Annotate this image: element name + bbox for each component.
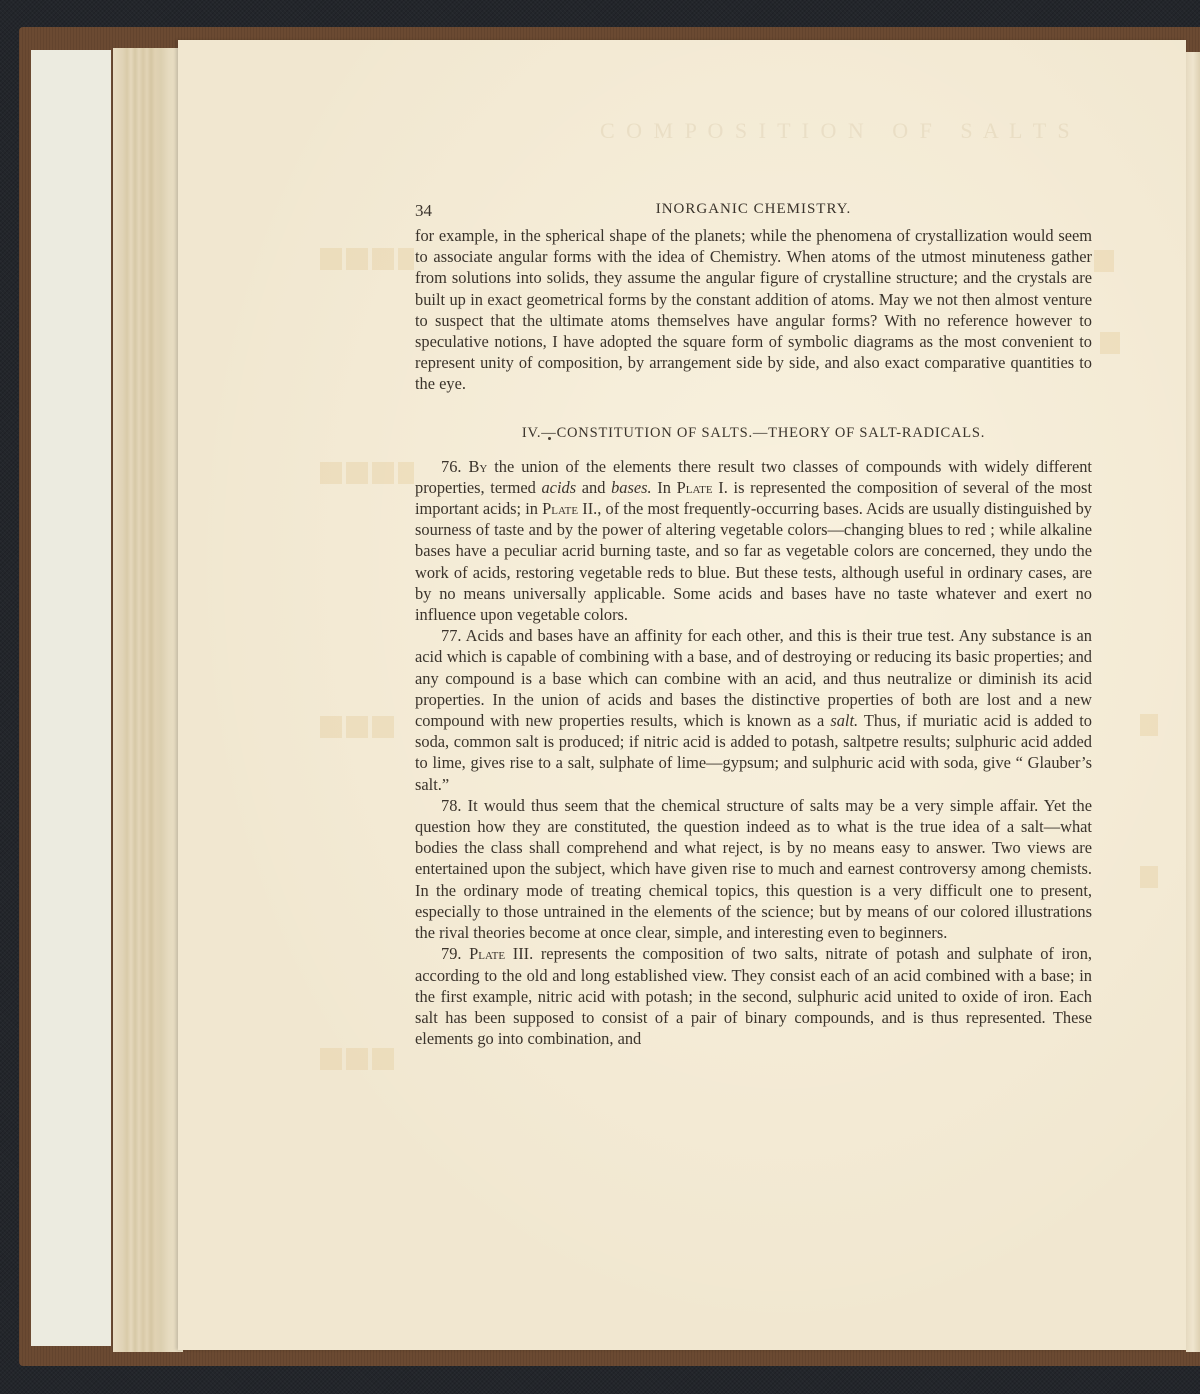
paragraph-number: 79. <box>441 944 462 963</box>
running-title: INORGANIC CHEMISTRY. <box>415 201 1092 218</box>
running-head: 34 INORGANIC CHEMISTRY. <box>415 197 1092 225</box>
body-text: for example, in the spherical shape of t… <box>415 225 1092 1049</box>
intro-paragraph: for example, in the spherical shape of t… <box>415 225 1092 395</box>
section-heading: IV.—CONSTITUTION OF SALTS.—THEORY OF SAL… <box>415 425 1092 442</box>
paragraph-number: 76. <box>441 457 462 476</box>
page-edge-right <box>1186 52 1200 1352</box>
paragraph-79: 79. Plate III. represents the compositio… <box>415 943 1092 1049</box>
paragraph-77: 77. Acids and bases have an affinity for… <box>415 625 1092 795</box>
paragraph-76: 76. By the union of the elements there r… <box>415 456 1092 626</box>
paragraph-number: 77. <box>441 626 462 645</box>
page-content: 34 INORGANIC CHEMISTRY. for example, in … <box>415 197 1092 1049</box>
endpaper <box>31 50 111 1346</box>
paragraph-78: 78. It would thus seem that the chemical… <box>415 795 1092 943</box>
page-stack-edge <box>113 48 183 1352</box>
paragraph-number: 78. <box>441 796 462 815</box>
